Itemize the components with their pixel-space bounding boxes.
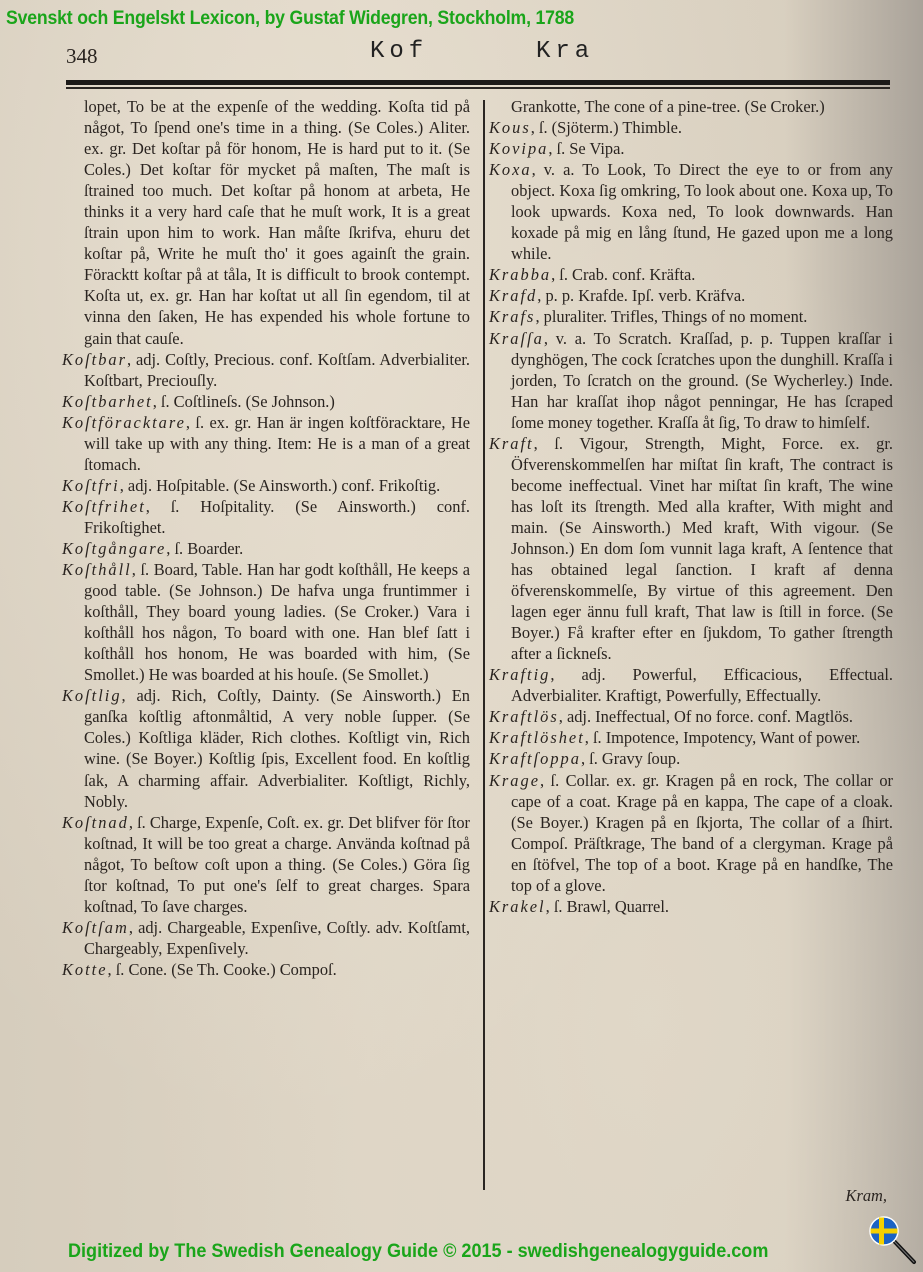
- dictionary-entry: Kraſſa, v. a. To Scratch. Kraſſad, p. p.…: [489, 328, 893, 433]
- dictionary-entry: Krabba, ſ. Crab. conf. Kräfta.: [489, 264, 893, 285]
- headword: Kraftig: [489, 665, 550, 684]
- headword: Kraftſoppa: [489, 749, 581, 768]
- running-head-right: Kra: [536, 38, 594, 65]
- dictionary-entry: Kous, ſ. (Sjöterm.) Thimble.: [489, 117, 893, 138]
- dictionary-entry: Koſtfri, adj. Hoſpitable. (Se Ainsworth.…: [62, 475, 470, 496]
- left-column: lopet, To be at the expenſe of the weddi…: [62, 96, 470, 980]
- dictionary-entry: Koſtföracktare, ſ. ex. gr. Han är ingen …: [62, 412, 470, 475]
- headword: Krafs: [489, 307, 535, 326]
- headword: Koſtföracktare: [62, 413, 186, 432]
- dictionary-entry: Kraftig, adj. Powerful, Efficacious, Eff…: [489, 664, 893, 706]
- headword: Kous: [489, 118, 531, 137]
- headword: Koſtfrihet: [62, 497, 146, 516]
- dictionary-entry: Koſthåll, ſ. Board, Table. Han har godt …: [62, 559, 470, 685]
- headword: Kraftlöshet: [489, 728, 585, 747]
- headword: Kovipa: [489, 139, 548, 158]
- catchword: Kram,: [846, 1186, 887, 1206]
- headword: Krafd: [489, 286, 537, 305]
- dictionary-entry: Kotte, ſ. Cone. (Se Th. Cooke.) Compoſ.: [62, 959, 470, 980]
- headword: Kraftlös: [489, 707, 559, 726]
- dictionary-entry: Koxa, v. a. To Look, To Direct the eye t…: [489, 159, 893, 264]
- dictionary-entry-continued: lopet, To be at the expenſe of the weddi…: [62, 96, 470, 349]
- source-banner: Svenskt och Engelskt Lexicon, by Gustaf …: [6, 8, 574, 30]
- header-rule-thin: [66, 87, 890, 89]
- dictionary-entry: Koſtnad, ſ. Charge, Expenſe, Coſt. ex. g…: [62, 812, 470, 917]
- dictionary-entry-continued: Grankotte, The cone of a pine-tree. (Se …: [489, 96, 893, 117]
- headword: Koſtlig: [62, 686, 122, 705]
- dictionary-entry: Kraft, ſ. Vigour, Strength, Might, Force…: [489, 433, 893, 665]
- headword: Krakel: [489, 897, 546, 916]
- headword: Koſtbar: [62, 350, 127, 369]
- headword: Koſtbarhet: [62, 392, 153, 411]
- dictionary-entry: Kraftlös, adj. Ineffectual, Of no force.…: [489, 706, 893, 727]
- dictionary-entry: Koſtlig, adj. Rich, Coſtly, Dainty. (Se …: [62, 685, 470, 811]
- headword: Krabba: [489, 265, 551, 284]
- dictionary-entry: Krage, ſ. Collar. ex. gr. Kragen på en r…: [489, 770, 893, 896]
- dictionary-entry: Koſtſam, adj. Chargeable, Expenſive, Coſ…: [62, 917, 470, 959]
- dictionary-entry: Krakel, ſ. Brawl, Quarrel.: [489, 896, 893, 917]
- dictionary-entry: Koſtbar, adj. Coſtly, Precious. conf. Ko…: [62, 349, 470, 391]
- headword: Koſtnad: [62, 813, 129, 832]
- dictionary-entry: Kovipa, ſ. Se Vipa.: [489, 138, 893, 159]
- headword: Krage: [489, 771, 540, 790]
- headword: Koſtgångare: [62, 539, 166, 558]
- page-number: 348: [66, 44, 98, 69]
- dictionary-entry: Krafs, pluraliter. Trifles, Things of no…: [489, 306, 893, 327]
- dictionary-entry: Kraftlöshet, ſ. Impotence, Impotency, Wa…: [489, 727, 893, 748]
- headword: Kraſſa: [489, 329, 544, 348]
- headword: Kotte: [62, 960, 108, 979]
- headword: Koſthåll: [62, 560, 132, 579]
- right-column: Grankotte, The cone of a pine-tree. (Se …: [489, 96, 893, 917]
- dictionary-entry: Kraftſoppa, ſ. Gravy ſoup.: [489, 748, 893, 769]
- footer-credit: Digitized by The Swedish Genealogy Guide…: [68, 1241, 768, 1263]
- dictionary-entry: Koſtbarhet, ſ. Coſtlineſs. (Se Johnson.): [62, 391, 470, 412]
- headword: Koſtfri: [62, 476, 120, 495]
- dictionary-entry: Krafd, p. p. Krafde. Ipſ. verb. Kräfva.: [489, 285, 893, 306]
- dictionary-entry: Koſtfrihet, ſ. Hoſpitality. (Se Ainswort…: [62, 496, 470, 538]
- swedish-flag-magnifier-icon: [866, 1213, 918, 1265]
- headword: Kraft: [489, 434, 534, 453]
- headword: Koxa: [489, 160, 532, 179]
- running-head-left: Kof: [370, 38, 428, 65]
- dictionary-entry: Koſtgångare, ſ. Boarder.: [62, 538, 470, 559]
- column-divider: [483, 100, 485, 1190]
- headword: Koſtſam: [62, 918, 129, 937]
- header-rule-thick: [66, 80, 890, 85]
